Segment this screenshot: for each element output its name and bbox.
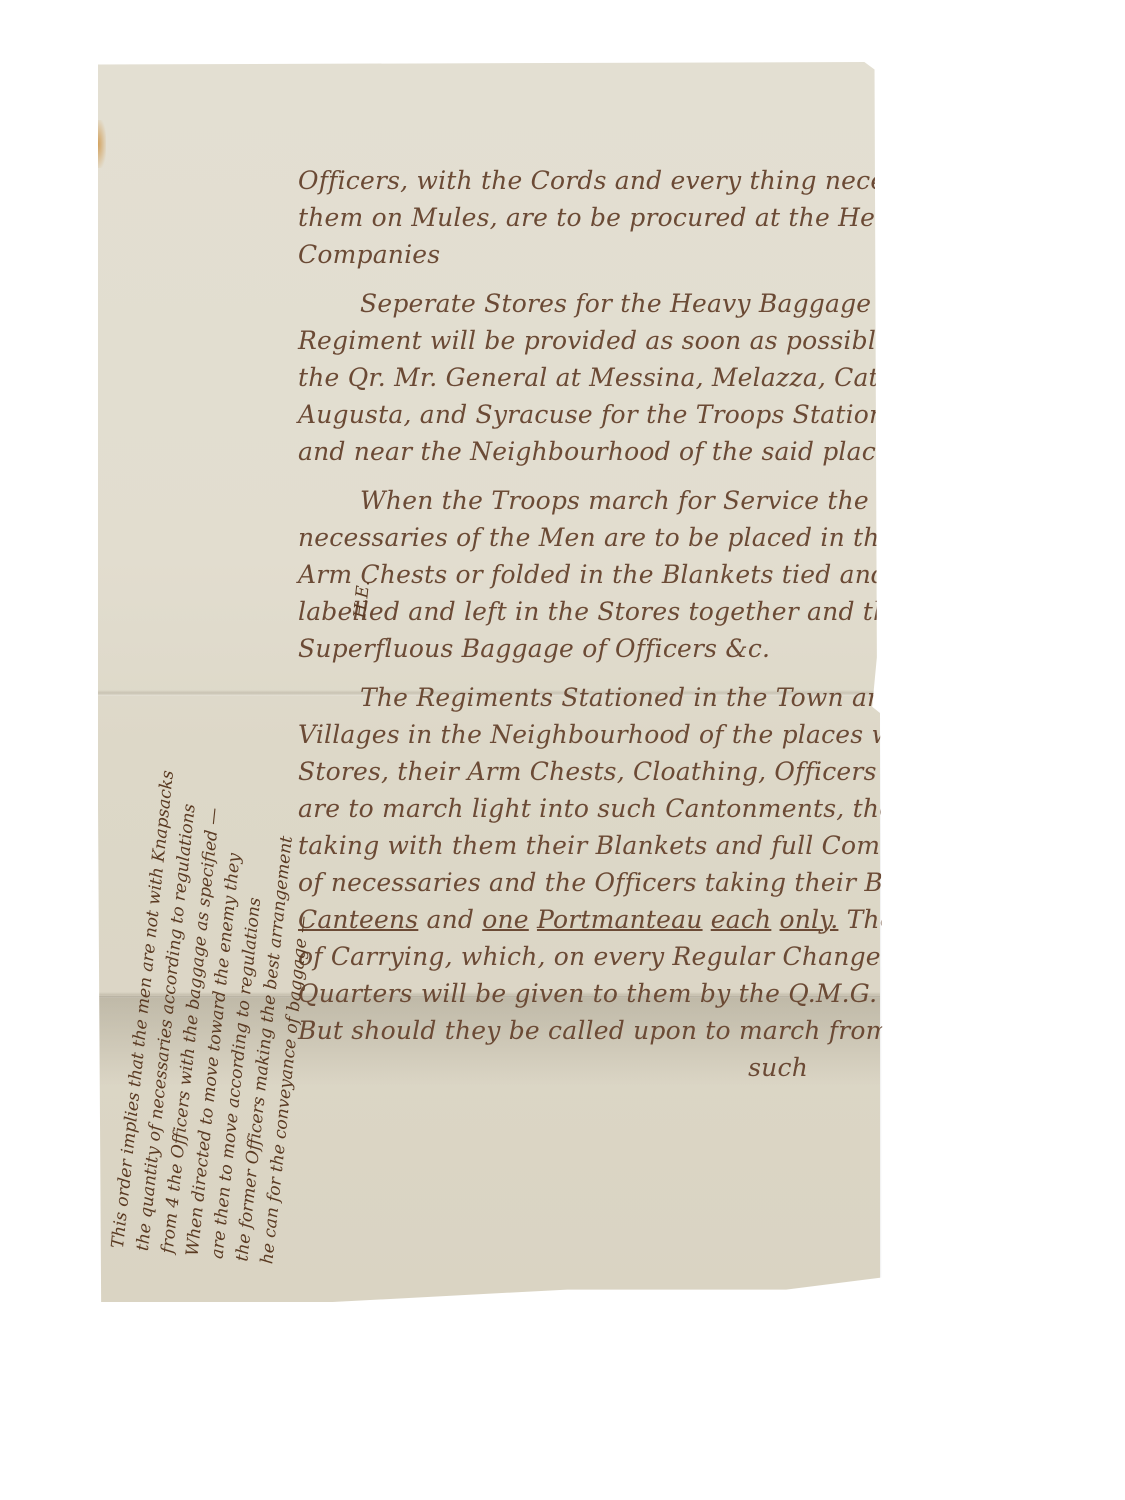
text-line: Arm Chests or folded in the Blankets tie… [298, 556, 878, 593]
text-line: Stores, their Arm Chests, Cloathing, Off… [298, 753, 878, 790]
underlined-line: Canteens and one Portmanteau each only. … [298, 901, 878, 938]
catchword: such [298, 1049, 878, 1086]
paragraph-start: Seperate Stores for the Heavy Baggage of… [298, 285, 878, 322]
text-line: of Carrying, which, on every Regular Cha… [298, 938, 878, 975]
underlined-word: Portmanteau [537, 905, 703, 934]
text-line: But should they be called upon to march … [298, 1012, 878, 1049]
underlined-word: each [711, 905, 772, 934]
text-line: Superfluous Baggage of Officers &c. [298, 630, 878, 667]
paper-stain [98, 120, 106, 168]
text-line: of necessaries and the Officers taking t… [298, 864, 878, 901]
word: and [426, 905, 474, 934]
word: The means [847, 905, 987, 934]
text-line: Quarters will be given to them by the Q.… [298, 975, 878, 1012]
text-line: the Qr. Mr. General at Messina, Melazza,… [298, 359, 878, 396]
text-line: Regiment will be provided as soon as pos… [298, 322, 878, 359]
manuscript-sheet: Officers, with the Cords and every thing… [98, 62, 880, 1302]
text-line: labelled and left in the Stores together… [298, 593, 878, 630]
text-line: Officers, with the Cords and every thing… [298, 162, 878, 199]
rotated-margin-note: This order implies that the men are not … [106, 541, 379, 1268]
text-line: and near the Neighbourhood of the said p… [298, 433, 878, 470]
paragraph-start: When the Troops march for Service the Sp… [298, 482, 878, 519]
text-line: necessaries of the Men are to be placed … [298, 519, 878, 556]
text-line: are to march light into such Cantonments… [298, 790, 878, 827]
main-handwritten-text: Officers, with the Cords and every thing… [298, 162, 878, 1086]
underlined-word: one [482, 905, 529, 934]
text-line: Villages in the Neighbourhood of the pla… [298, 716, 878, 753]
text-line: Companies [298, 236, 878, 273]
underlined-word: only. [780, 905, 839, 934]
text-line: them on Mules, are to be procured at the… [298, 199, 878, 236]
paragraph-start: The Regiments Stationed in the Town and [298, 679, 878, 716]
text-line: Augusta, and Syracuse for the Troops Sta… [298, 396, 878, 433]
text-line: taking with them their Blankets and full… [298, 827, 878, 864]
